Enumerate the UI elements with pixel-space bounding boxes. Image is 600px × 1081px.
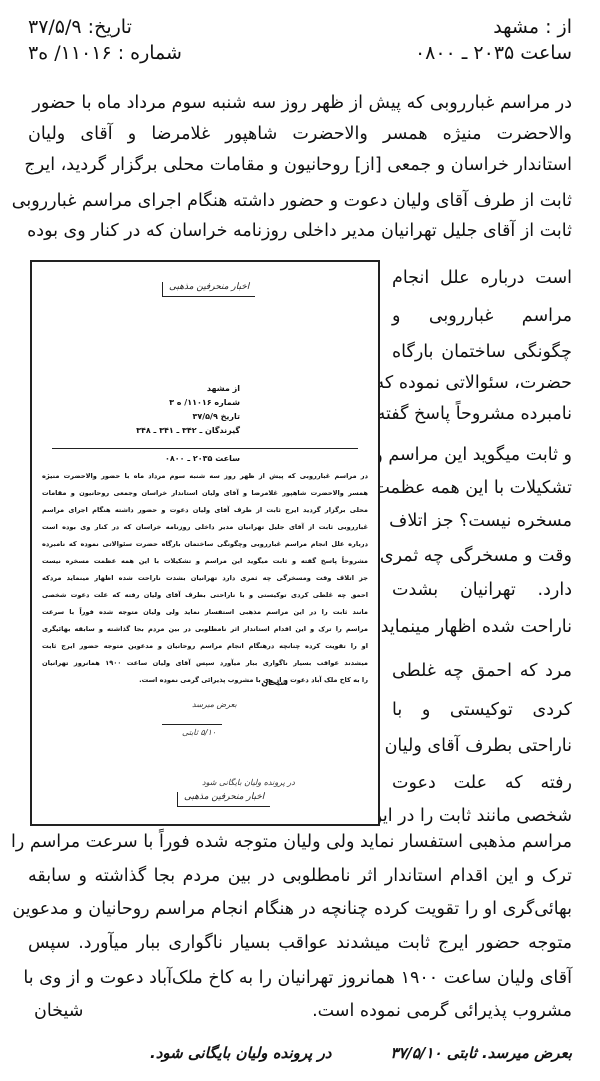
body-line: دارد. تهرانیان بشدت	[392, 575, 572, 606]
stamp-top: اخبار منحرفین مذهبی	[162, 282, 255, 297]
footer-note-right: در پرونده ولیان بایگانی شود.	[150, 1044, 332, 1062]
embedded-body: در مراسم غبارروبی که پیش از ظهر روز سه ش…	[42, 468, 368, 689]
body-line: استاندار خراسان و جمعی [از] روحانیون و م…	[28, 150, 572, 181]
date-label: تاریخ: ۳۷/۵/۹	[28, 14, 132, 40]
embedded-signature: شیخان	[261, 678, 288, 687]
body-line: ناراحت شده اظهار مینماید	[392, 612, 572, 643]
handwritten-note: بعرض میرسد	[192, 700, 237, 709]
stamp-bottom: اخبار منحرفین مذهبی	[177, 792, 270, 807]
body-line: مشروب پذیرائی گرمی نموده است.	[312, 996, 572, 1027]
body-line: چگونگی ساختمان بارگاه	[392, 337, 572, 368]
number-label: شماره : ۱۱۰۱۶/ ه۳	[28, 40, 182, 66]
body-line: و ثابت میگوید این مراسم و	[392, 440, 572, 471]
body-line: است درباره علل انجام	[392, 263, 572, 294]
body-line: آقای ولیان ساعت ۱۹۰۰ همانروز تهرانیان را…	[28, 963, 572, 994]
from-label: از : مشهد	[493, 14, 572, 40]
body-line: وقت و مسخرگی چه ثمری	[392, 541, 572, 572]
body-line: مسخره نیست؟ جز اتلاف	[392, 506, 572, 537]
embedded-from: از مشهد	[136, 382, 240, 396]
body-line: ثابت از طرف آقای ولیان دعوت و حضور داشته…	[28, 186, 572, 217]
embedded-date: تاریخ ۳۷/۵/۹	[136, 410, 240, 424]
body-line: ثابت از آقای جلیل تهرانیان مدیر داخلی رو…	[28, 216, 572, 247]
embedded-number: شماره ۱۱۰۱۶/ ه ۳	[136, 396, 240, 410]
signature: شیخان	[34, 996, 83, 1027]
body-line: در مراسم غبارروبی که پیش از ظهر روز سه ش…	[68, 88, 572, 119]
embedded-document-image: اخبار منحرفین مذهبی از مشهد شماره ۱۱۰۱۶/…	[30, 260, 380, 826]
body-line: حضرت، سئوالاتی نموده که	[392, 368, 572, 399]
time-label: ساعت ۲۰۳۵ ـ ۰۸۰۰	[415, 40, 572, 66]
body-line: مرد که احمق چه غلطی	[392, 656, 572, 687]
body-line: متوجه حضور ایرج ثابت میشدند عواقب بسیار …	[28, 928, 572, 959]
body-line: والاحضرت منیژه همسر والاحضرت شاهپور غلام…	[28, 119, 572, 150]
body-line: بهائی‌گری او را تقویت کرده چنانچه در هنگ…	[28, 894, 572, 925]
footer-note-left: بعرض میرسد. ثابتی ۳۷/۵/۱۰	[390, 1044, 572, 1062]
body-line: کردی توکیستی و با	[392, 695, 572, 726]
handwritten-note: ۵/۱۰ ثابتی	[182, 728, 216, 737]
body-line: تشکیلات با این همه عظمت	[392, 473, 572, 504]
embedded-time: ساعت ۲۰۳۵ ـ ۰۸۰۰	[165, 454, 240, 463]
embedded-divider	[52, 448, 358, 449]
body-line: مراسم مذهبی استفسار نماید ولی ولیان متوج…	[28, 827, 572, 858]
embedded-meta: از مشهد شماره ۱۱۰۱۶/ ه ۳ تاریخ ۳۷/۵/۹ گی…	[136, 382, 240, 438]
body-line: ناراحتی بطرف آقای ولیان	[392, 731, 572, 762]
embedded-recipients: گیرندگان ـ ۳۴۲ ـ ۳۴۱ ـ ۳۴۸	[136, 424, 240, 438]
body-line: نامبرده مشروحاً پاسخ گفته	[392, 399, 572, 430]
handwritten-note: در پرونده ولیان بایگانی شود	[202, 778, 295, 787]
signature-line	[162, 724, 222, 725]
body-line: ترک و این اقدام استاندار اثر نامطلوبی در…	[28, 861, 572, 892]
body-line: مراسم غبارروبی و	[392, 301, 572, 332]
body-line: رفته که علت دعوت	[392, 768, 572, 799]
